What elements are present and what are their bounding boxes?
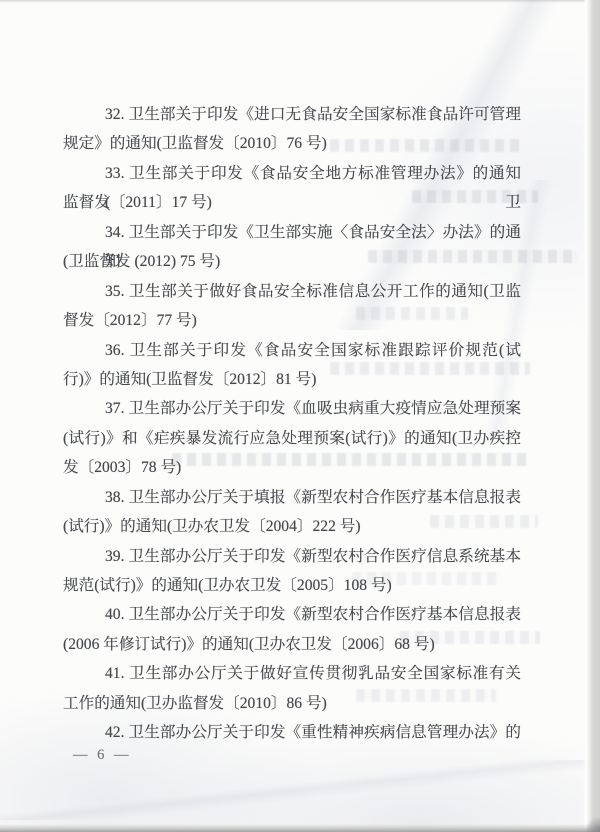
notice-list: 32. 卫生部关于印发《进口无食品安全国家标准食品许可管理 规定》的通知(卫监督… [63,100,521,748]
page-number: — 6 — [73,746,132,764]
list-item-line: 37. 卫生部办公厅关于印发《血吸虫病重大疫情应急处理预案 [63,394,521,423]
list-item-line: 33. 卫生部关于印发《食品安全地方标准管理办法》的通知(卫 [63,159,521,188]
scan-edge-bottom [0,824,600,832]
scan-edge-top [0,0,600,3]
list-item-line: 40. 卫生部办公厅关于印发《新型农村合作医疗基本信息报表 [63,600,521,629]
list-item-line: (2006 年修订试行)》的通知(卫办农卫发〔2006〕68 号) [63,630,521,659]
list-item-line: 行)》的通知(卫监督发〔2012〕81 号) [63,365,521,394]
list-item-line: 督发〔2012〕77 号) [63,306,521,335]
list-item-line: 39. 卫生部办公厅关于印发《新型农村合作医疗信息系统基本 [63,542,521,571]
list-item-line: 规定》的通知(卫监督发〔2010〕76 号) [63,129,521,158]
list-item-line: 42. 卫生部办公厅关于印发《重性精神疾病信息管理办法》的 [63,718,521,747]
list-item-line: 发〔2003〕78 号) [63,453,521,482]
scanned-page: 32. 卫生部关于印发《进口无食品安全国家标准食品许可管理 规定》的通知(卫监督… [0,0,600,832]
list-item-line: 规范(试行)》的通知(卫办农卫发〔2005〕108 号) [63,571,521,600]
list-item-line: 32. 卫生部关于印发《进口无食品安全国家标准食品许可管理 [63,100,521,129]
scan-corner-shadow [584,817,600,832]
list-item-line: 38. 卫生部办公厅关于填报《新型农村合作医疗基本信息报表 [63,483,521,512]
list-item-line: 36. 卫生部关于印发《食品安全国家标准跟踪评价规范(试 [63,336,521,365]
list-item-line: (试行)》和《疟疾暴发流行应急处理预案(试行)》的通知(卫办疾控 [63,424,521,453]
list-item-line: 34. 卫生部关于印发《卫生部实施〈食品安全法〉办法》的通知 [63,218,521,247]
list-item-line: (试行)》的通知(卫办农卫发〔2004〕222 号) [63,512,521,541]
list-item-line: (卫监督发 (2012) 75 号) [63,247,521,276]
list-item-line: 工作的通知(卫办监督发〔2010〕86 号) [63,689,521,718]
list-item-line: 41. 卫生部办公厅关于做好宣传贯彻乳品安全国家标准有关 [63,659,521,688]
scan-edge-right [583,0,600,832]
list-item-line: 35. 卫生部关于做好食品安全标准信息公开工作的通知(卫监 [63,277,521,306]
paper-wrinkle [0,760,600,820]
